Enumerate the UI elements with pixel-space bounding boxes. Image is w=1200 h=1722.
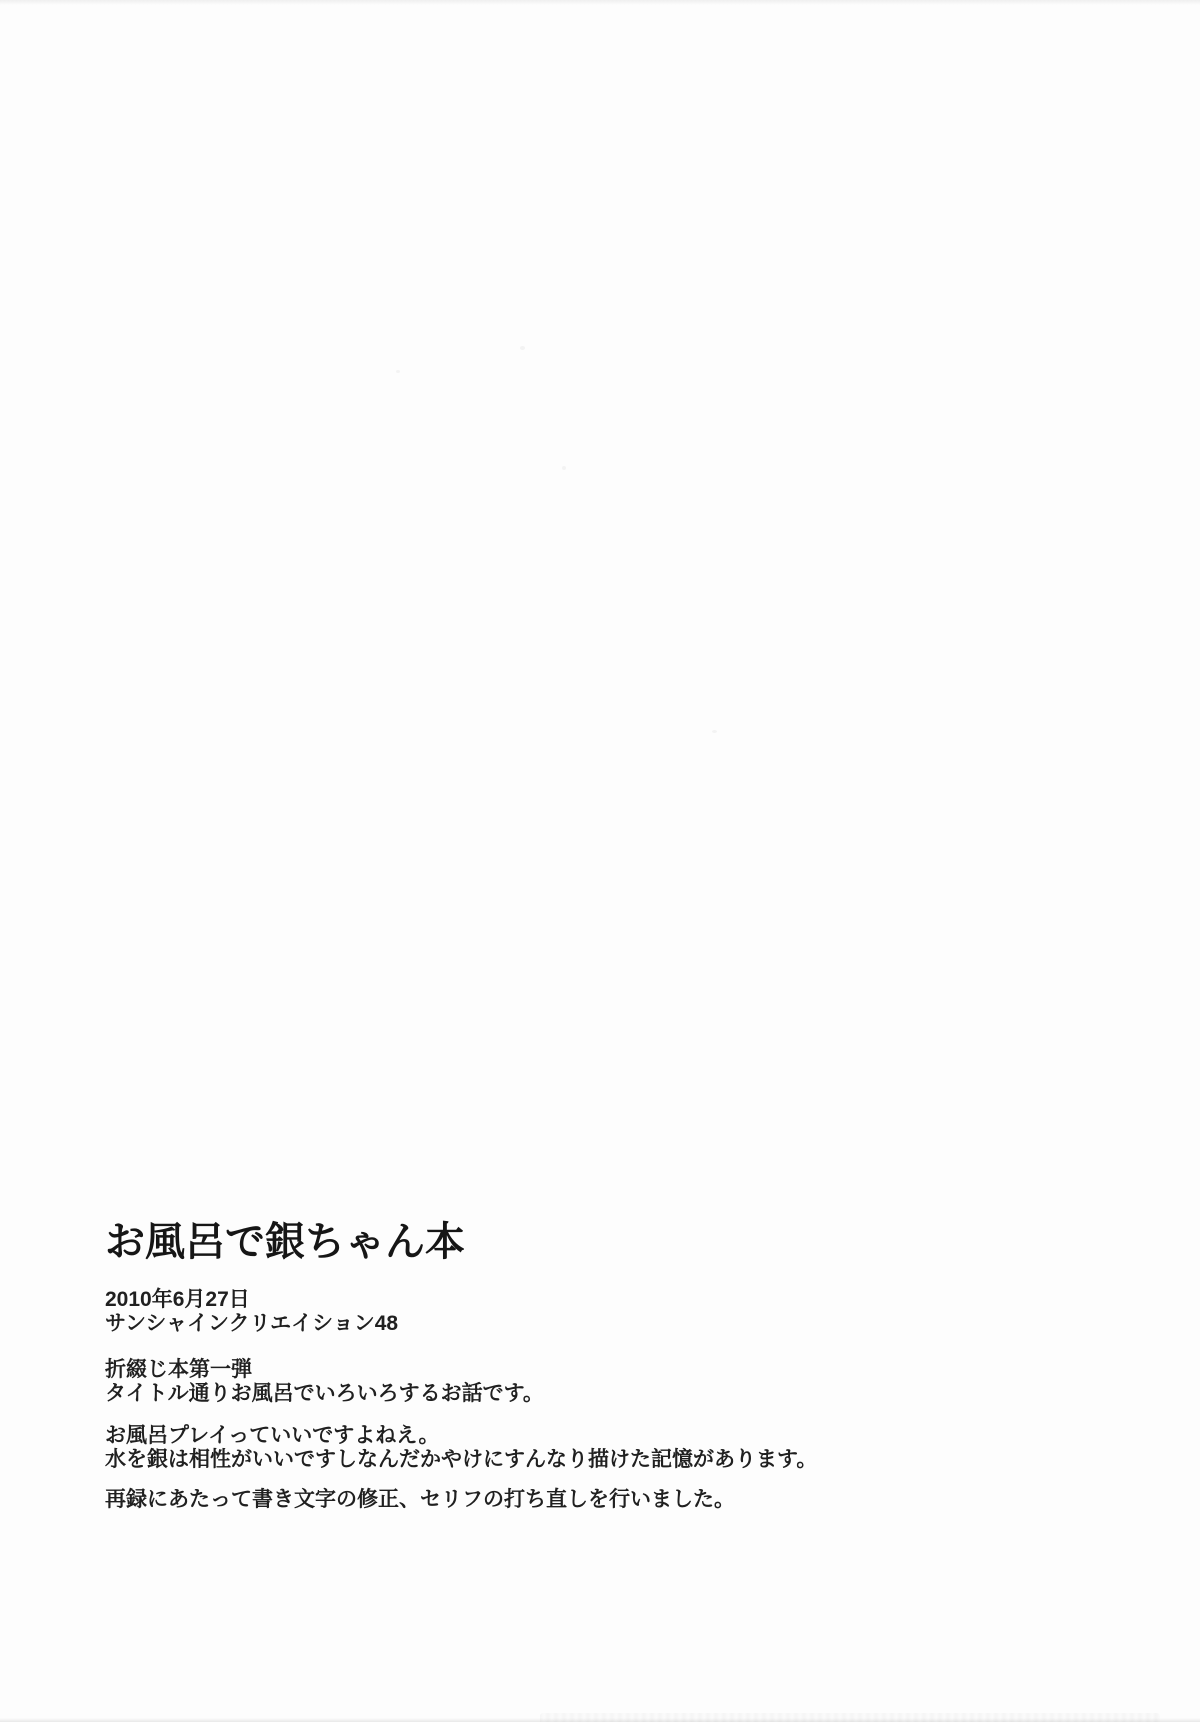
scan-artifact-bottom-edge xyxy=(0,1718,1200,1722)
afterword-block: お風呂で銀ちゃん本 2010年6月27日 サンシャインクリエイション48 折綴じ… xyxy=(105,1220,1105,1512)
scan-speck xyxy=(520,346,525,350)
text-line: タイトル通りお風呂でいろいろするお話です。 xyxy=(105,1382,1105,1406)
scan-speck xyxy=(562,466,566,470)
text-line: 再録にあたって書き文字の修正、セリフの打ち直しを行いました。 xyxy=(105,1488,1105,1512)
event-date: 2010年6月27日 xyxy=(105,1288,1105,1312)
scan-speck xyxy=(712,730,717,733)
scanned-page: お風呂で銀ちゃん本 2010年6月27日 サンシャインクリエイション48 折綴じ… xyxy=(0,0,1200,1722)
text-line: 折綴じ本第一弾 xyxy=(105,1358,1105,1382)
paragraph-intro: 折綴じ本第一弾 タイトル通りお風呂でいろいろするお話です。 xyxy=(105,1358,1105,1406)
scan-speck xyxy=(396,370,400,373)
event-name: サンシャインクリエイション48 xyxy=(105,1312,1105,1336)
paragraph-revision-note: 再録にあたって書き文字の修正、セリフの打ち直しを行いました。 xyxy=(105,1488,1105,1512)
event-info: 2010年6月27日 サンシャインクリエイション48 xyxy=(105,1288,1105,1336)
text-line: お風呂プレイっていいですよねえ。 xyxy=(105,1424,1105,1448)
book-title: お風呂で銀ちゃん本 xyxy=(105,1220,1105,1264)
scan-artifact-top-edge xyxy=(0,0,1200,5)
text-line: 水を銀は相性がいいですしなんだかやけにすんなり描けた記憶があります。 xyxy=(105,1448,1105,1472)
paragraph-comment: お風呂プレイっていいですよねえ。 水を銀は相性がいいですしなんだかやけにすんなり… xyxy=(105,1424,1105,1472)
